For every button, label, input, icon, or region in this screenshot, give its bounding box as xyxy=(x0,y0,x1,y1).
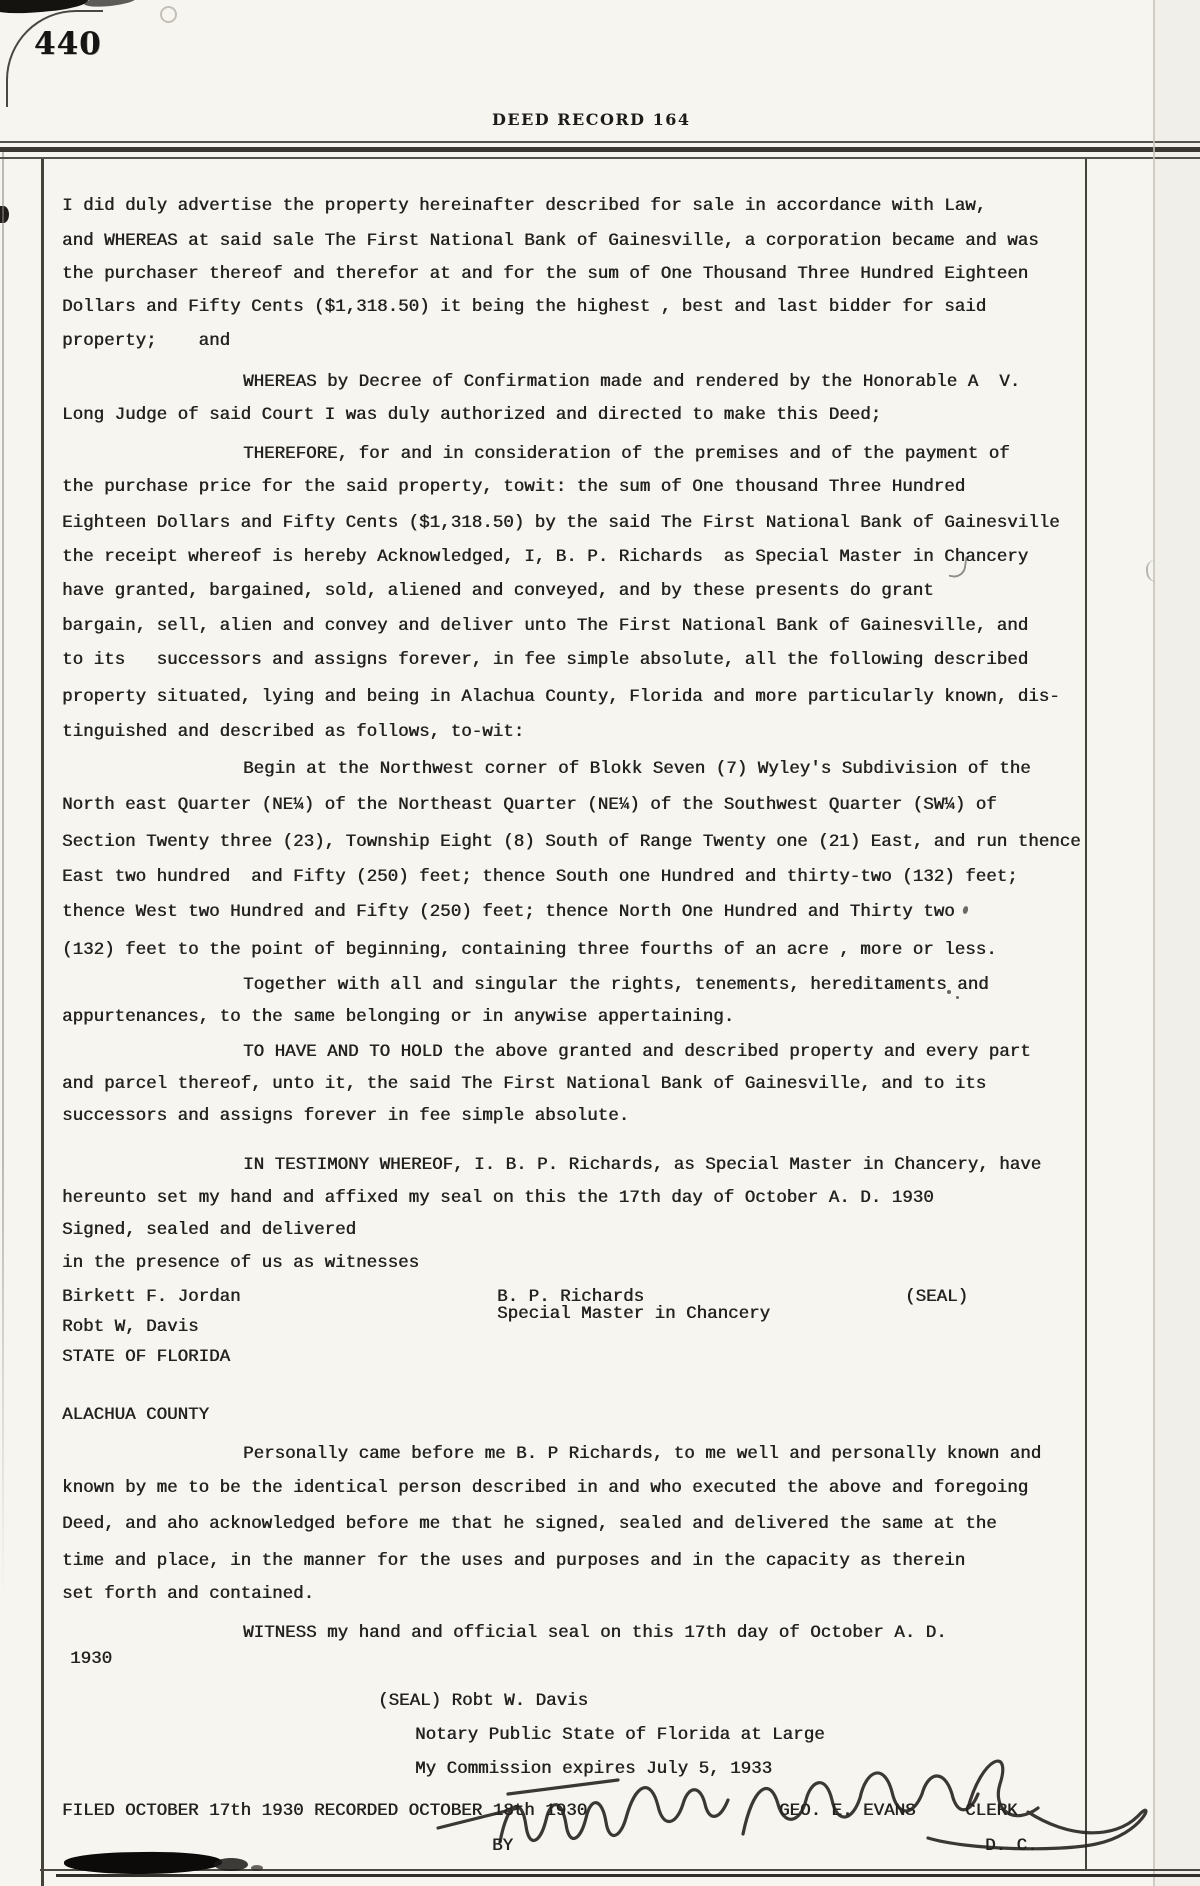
document-line: IN TESTIMONY WHEREOF, I. B. P. Richards,… xyxy=(243,1154,1041,1176)
document-line: East two hundred and Fifty (250) feet; t… xyxy=(62,866,1018,888)
document-line: and WHEREAS at said sale The First Natio… xyxy=(62,230,1039,252)
document-line: the purchaser thereof and therefor at an… xyxy=(62,263,1028,285)
document-line: WHEREAS by Decree of Confirmation made a… xyxy=(243,371,1020,393)
margin-dot-mark xyxy=(962,905,969,914)
document-line: Deed, and aho acknowledged before me tha… xyxy=(62,1513,997,1535)
document-line: Personally came before me B. P Richards,… xyxy=(243,1443,1041,1465)
document-line: bargain, sell, alien and convey and deli… xyxy=(62,615,1028,637)
document-line: property situated, lying and being in Al… xyxy=(62,686,1060,708)
document-line: tinguished and described as follows, to-… xyxy=(62,721,524,743)
margin-pencil-mark xyxy=(949,555,968,579)
document-line: time and place, in the manner for the us… xyxy=(62,1550,965,1572)
document-line: (132) feet to the point of beginning, co… xyxy=(62,939,997,961)
bottom-rule-thick xyxy=(56,1874,1200,1877)
document-line: appurtenances, to the same belonging or … xyxy=(62,1006,734,1028)
document-line: (SEAL) xyxy=(905,1286,968,1308)
document-line: Special Master in Chancery xyxy=(497,1303,770,1325)
document-line: (SEAL) Robt W. Davis xyxy=(378,1690,588,1712)
document-line: 1930 xyxy=(70,1648,112,1670)
document-line: in the presence of us as witnesses xyxy=(62,1252,419,1274)
scan-smudge-top xyxy=(84,0,137,9)
page-number: 440 xyxy=(34,26,102,62)
document-line: STATE OF FLORIDA xyxy=(62,1346,230,1368)
document-line: TO HAVE AND TO HOLD the above granted an… xyxy=(243,1041,1031,1063)
left-margin-rule xyxy=(41,159,44,1886)
document-line: Together with all and singular the right… xyxy=(243,974,989,996)
document-line: North east Quarter (NE¼) of the Northeas… xyxy=(62,794,997,816)
document-line: set forth and contained. xyxy=(62,1583,314,1605)
document-line: known by me to be the identical person d… xyxy=(62,1477,1028,1499)
right-page-edge-rule xyxy=(1153,0,1155,1886)
document-line: ALACHUA COUNTY xyxy=(62,1404,209,1426)
document-line: and parcel thereof, unto it, the said Th… xyxy=(62,1073,986,1095)
document-line: successors and assigns forever in fee si… xyxy=(62,1105,629,1127)
header-rule-thick xyxy=(0,147,1200,152)
document-line: property; and xyxy=(62,330,230,352)
margin-dot-mark xyxy=(956,996,959,999)
document-line: Birkett F. Jordan xyxy=(62,1286,241,1308)
header-title: DEED RECORD 164 xyxy=(492,110,691,129)
scan-smudge-bottom xyxy=(251,1865,263,1871)
right-margin-rule xyxy=(1085,159,1087,1869)
margin-dot-mark xyxy=(947,990,951,994)
scan-speck-ring xyxy=(160,6,177,23)
document-line: Eighteen Dollars and Fifty Cents ($1,318… xyxy=(62,512,1060,534)
document-line: have granted, bargained, sold, aliened a… xyxy=(62,580,934,602)
document-line: the purchase price for the said property… xyxy=(62,476,965,498)
document-line: Section Twenty three (23), Township Eigh… xyxy=(62,831,1081,853)
document-line: hereunto set my hand and affixed my seal… xyxy=(62,1187,934,1209)
page-left-edge-line xyxy=(2,150,4,1600)
document-line: Dollars and Fifty Cents ($1,318.50) it b… xyxy=(62,296,986,318)
header-rule-thin-top xyxy=(0,141,1200,143)
deed-record-page: 440 DEED RECORD 164 I did duly advertise… xyxy=(0,0,1200,1886)
document-line: Begin at the Northwest corner of Blokk S… xyxy=(243,758,1031,780)
document-line: Long Judge of said Court I was duly auth… xyxy=(62,404,881,426)
margin-pencil-mark xyxy=(1145,559,1161,582)
document-line: THEREFORE, for and in consideration of t… xyxy=(243,443,1010,465)
scan-smudge-bottom-left xyxy=(64,1851,222,1876)
document-line: thence West two Hundred and Fifty (250) … xyxy=(62,901,955,923)
handwritten-signature xyxy=(408,1742,1168,1870)
scan-smudge-bottom xyxy=(214,1858,248,1871)
page-right-edge-shade xyxy=(1155,0,1200,1886)
document-line: the receipt whereof is hereby Acknowledg… xyxy=(62,546,1028,568)
document-line: WITNESS my hand and official seal on thi… xyxy=(243,1622,947,1644)
document-line: I did duly advertise the property herein… xyxy=(62,195,986,217)
document-line: to its successors and assigns forever, i… xyxy=(62,649,1028,671)
document-line: Signed, sealed and delivered xyxy=(62,1219,356,1241)
document-line: Robt W, Davis xyxy=(62,1316,199,1338)
header-rule-thin-bottom xyxy=(0,157,1200,159)
